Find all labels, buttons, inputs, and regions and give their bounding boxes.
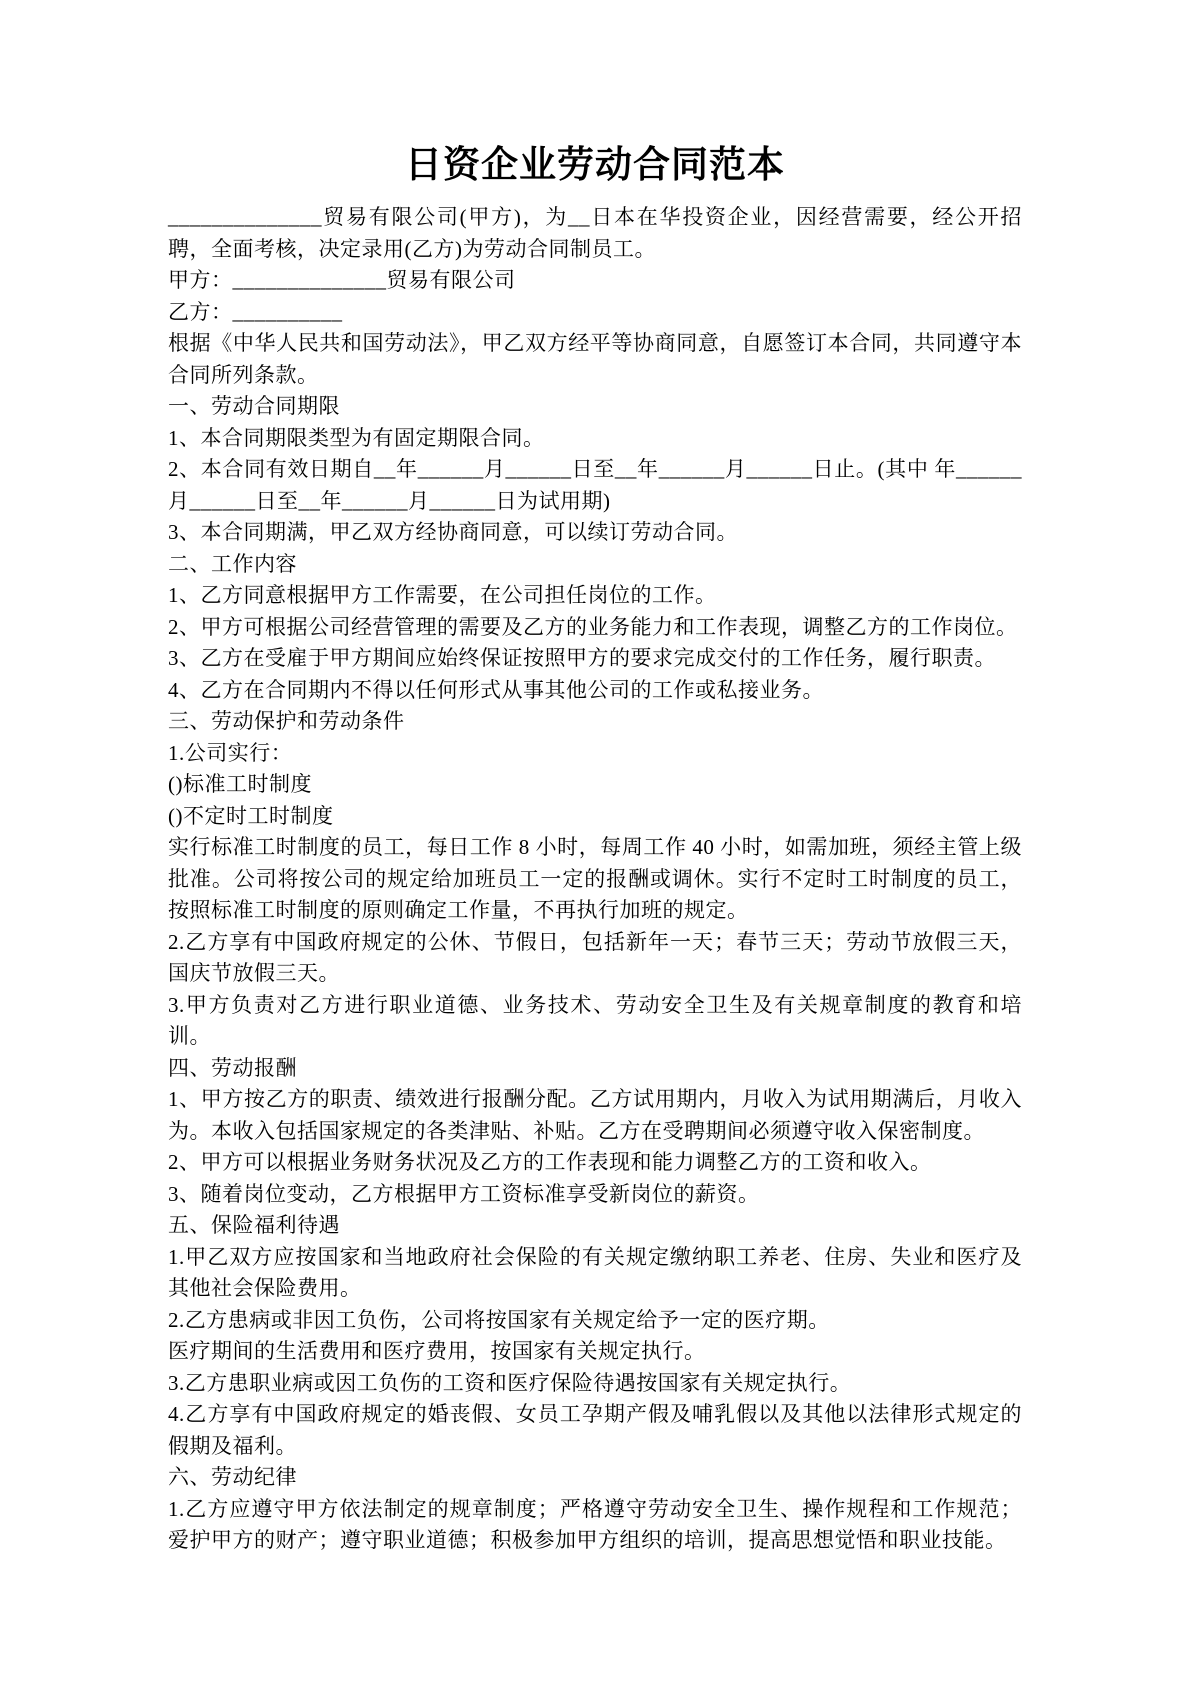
- paragraph: ______________贸易有限公司(甲方)，为__日本在华投资企业，因经营…: [168, 202, 1022, 265]
- paragraph: 1.乙方应遵守甲方依法制定的规章制度；严格遵守劳动安全卫生、操作规程和工作规范；…: [168, 1494, 1022, 1557]
- paragraph: 2、本合同有效日期自__年______月______日至__年______月__…: [168, 454, 1022, 517]
- paragraph: 1、本合同期限类型为有固定期限合同。: [168, 423, 1022, 455]
- paragraph: 1.公司实行：: [168, 738, 1022, 770]
- paragraph: 3.乙方患职业病或因工负伤的工资和医疗保险待遇按国家有关规定执行。: [168, 1368, 1022, 1400]
- paragraph: ()标准工时制度: [168, 769, 1022, 801]
- paragraph: 4.乙方享有中国政府规定的婚丧假、女员工孕期产假及哺乳假以及其他以法律形式规定的…: [168, 1399, 1022, 1462]
- paragraph: 医疗期间的生活费用和医疗费用，按国家有关规定执行。: [168, 1336, 1022, 1368]
- section-heading: 一、劳动合同期限: [168, 391, 1022, 423]
- paragraph: 1.甲乙双方应按国家和当地政府社会保险的有关规定缴纳职工养老、住房、失业和医疗及…: [168, 1242, 1022, 1305]
- section-heading: 三、劳动保护和劳动条件: [168, 706, 1022, 738]
- paragraph: 2.乙方患病或非因工负伤，公司将按国家有关规定给予一定的医疗期。: [168, 1305, 1022, 1337]
- document-page: 日资企业劳动合同范本 ______________贸易有限公司(甲方)，为__日…: [0, 0, 1190, 1683]
- paragraph: ()不定时工时制度: [168, 801, 1022, 833]
- paragraph: 乙方：__________: [168, 297, 1022, 329]
- section-heading: 四、劳动报酬: [168, 1053, 1022, 1085]
- section-heading: 六、劳动纪律: [168, 1462, 1022, 1494]
- document-title: 日资企业劳动合同范本: [168, 140, 1022, 188]
- paragraph: 2.乙方享有中国政府规定的公休、节假日，包括新年一天；春节三天；劳动节放假三天，…: [168, 927, 1022, 990]
- paragraph: 1、甲方按乙方的职责、绩效进行报酬分配。乙方试用期内，月收入为试用期满后，月收入…: [168, 1084, 1022, 1147]
- paragraph: 2、甲方可以根据业务财务状况及乙方的工作表现和能力调整乙方的工资和收入。: [168, 1147, 1022, 1179]
- paragraph: 3、乙方在受雇于甲方期间应始终保证按照甲方的要求完成交付的工作任务，履行职责。: [168, 643, 1022, 675]
- document-body: ______________贸易有限公司(甲方)，为__日本在华投资企业，因经营…: [168, 202, 1022, 1557]
- paragraph: 根据《中华人民共和国劳动法》，甲乙双方经平等协商同意，自愿签订本合同，共同遵守本…: [168, 328, 1022, 391]
- section-heading: 二、工作内容: [168, 549, 1022, 581]
- paragraph: 3、随着岗位变动，乙方根据甲方工资标准享受新岗位的薪资。: [168, 1179, 1022, 1211]
- paragraph: 1、乙方同意根据甲方工作需要，在公司担任岗位的工作。: [168, 580, 1022, 612]
- paragraph: 2、甲方可根据公司经营管理的需要及乙方的业务能力和工作表现，调整乙方的工作岗位。: [168, 612, 1022, 644]
- paragraph: 甲方：______________贸易有限公司: [168, 265, 1022, 297]
- paragraph: 3.甲方负责对乙方进行职业道德、业务技术、劳动安全卫生及有关规章制度的教育和培训…: [168, 990, 1022, 1053]
- paragraph: 4、乙方在合同期内不得以任何形式从事其他公司的工作或私接业务。: [168, 675, 1022, 707]
- section-heading: 五、保险福利待遇: [168, 1210, 1022, 1242]
- paragraph: 3、本合同期满，甲乙双方经协商同意，可以续订劳动合同。: [168, 517, 1022, 549]
- paragraph: 实行标准工时制度的员工，每日工作 8 小时，每周工作 40 小时，如需加班，须经…: [168, 832, 1022, 927]
